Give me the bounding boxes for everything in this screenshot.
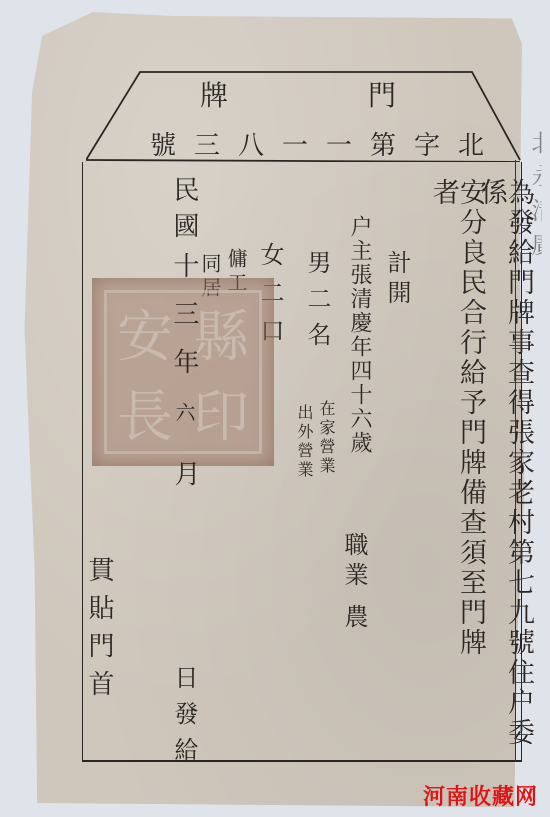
occupation-value: 農 xyxy=(342,604,366,634)
adjacent-sheet-fragment: 北永清廣 xyxy=(524,130,550,266)
number-prefix: 北字第 xyxy=(370,131,502,161)
main-text-column-1: 為發給門牌事查得張家老村第七九號住户委係 xyxy=(478,178,532,758)
head-of-household: 户主張清慶年四十六歲 xyxy=(348,215,370,455)
date-era: 民國 xyxy=(171,176,197,248)
plate-number: 一一八三 xyxy=(194,131,370,161)
date-year: 十三年 xyxy=(171,252,197,396)
number-line: 北字第一一八三號 xyxy=(102,133,502,159)
date-month: 月 xyxy=(172,460,198,492)
census-heading: 計開 xyxy=(385,250,409,310)
number-suffix: 號 xyxy=(150,131,194,161)
occupation-label: 職業 xyxy=(342,532,366,592)
posting-instruction: 貫貼門首 xyxy=(86,556,112,708)
main-text-column-2: 安分良民合行給予門牌備查須至門牌者 xyxy=(430,178,484,658)
male-count: 男二名 xyxy=(305,250,329,358)
title-char-men: 門 xyxy=(368,82,396,110)
male-note-outside: 出外營業 xyxy=(296,404,312,480)
title-char-pai: 牌 xyxy=(200,82,228,110)
date-day-issued: 日發給 xyxy=(172,665,196,773)
site-watermark: 河南收藏网 xyxy=(423,780,538,811)
date-month-number: 六 xyxy=(174,402,194,428)
male-note-home: 在家營業 xyxy=(318,400,334,476)
